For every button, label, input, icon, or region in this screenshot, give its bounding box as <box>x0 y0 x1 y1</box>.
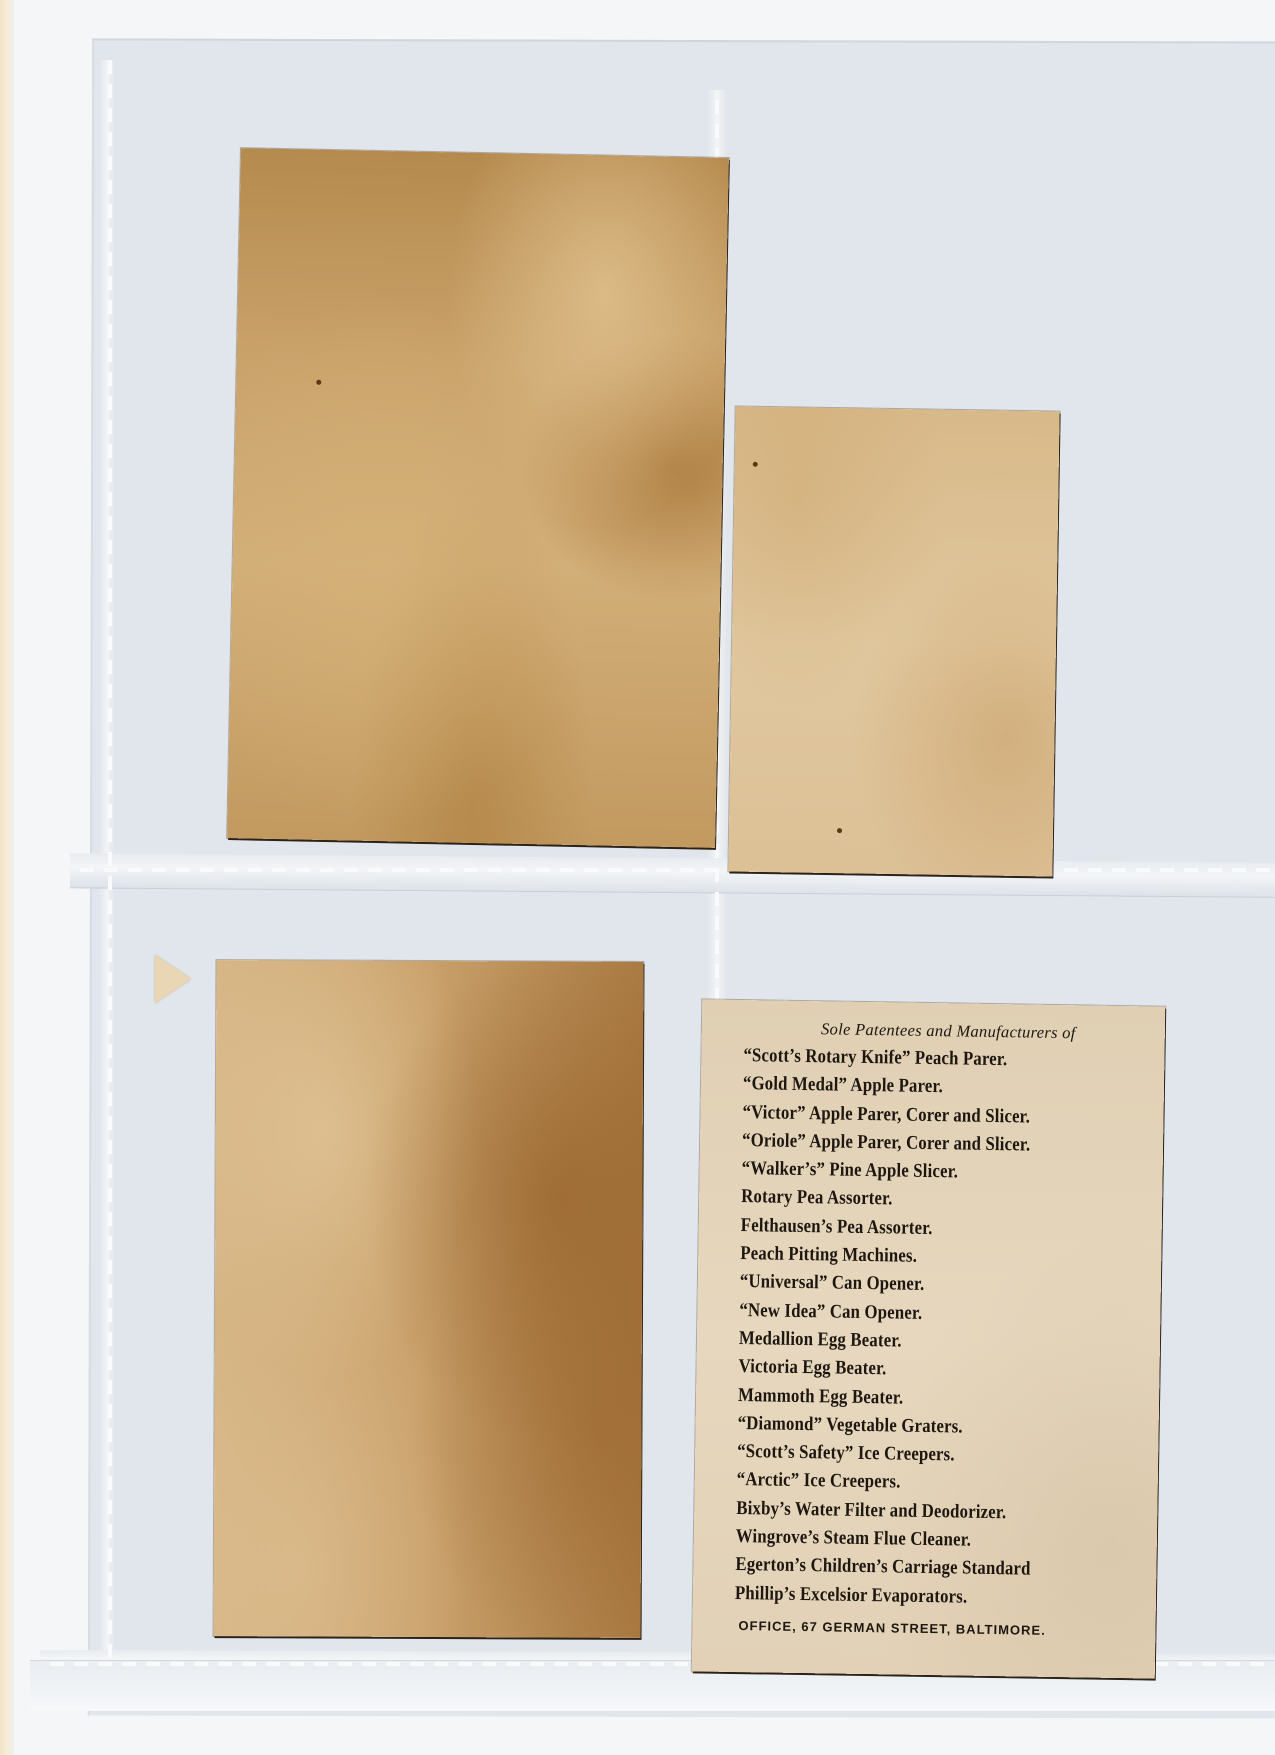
stain-spot <box>837 828 842 833</box>
product-list: “Scott’s Rotary Knife” Peach Parer. “Gol… <box>735 1042 1143 1614</box>
sleeve-stitch-row <box>80 868 1270 872</box>
trade-card-top-right <box>728 406 1059 876</box>
stain-spot <box>316 380 321 385</box>
stain-spot <box>753 462 758 467</box>
trade-card-bottom-left <box>214 960 644 1638</box>
sleeve-stitch-column <box>108 60 112 1660</box>
trade-card-advertisement: Sole Patentees and Manufacturers of “Sco… <box>692 999 1165 1678</box>
product-item: Phillip’s Excelsior Evaporators. <box>735 1580 1079 1614</box>
paper-chip-fragment <box>155 955 191 1003</box>
trade-card-top-left <box>227 148 729 848</box>
scan-edge <box>0 0 14 1755</box>
office-address: OFFICE, 67 GERMAN STREET, BALTIMORE. <box>734 1618 1133 1639</box>
ad-heading: Sole Patentees and Manufacturers of <box>744 1018 1143 1044</box>
